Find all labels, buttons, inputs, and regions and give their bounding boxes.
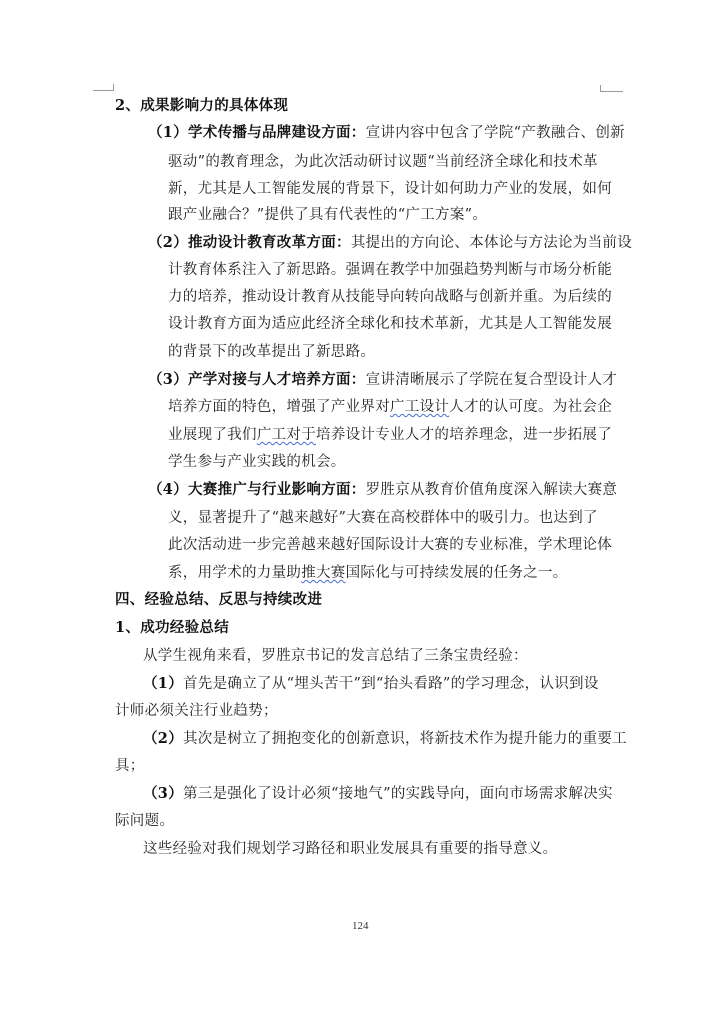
item-label: （4） xyxy=(148,481,188,499)
item-text: 计教育体系注入了新思路。强调在教学中加强趋势判断与市场分析能 xyxy=(168,261,612,279)
item-text: 培养设计专业人才的培养理念，进一步拓展了 xyxy=(316,427,612,443)
item-text: 此次活动进一步完善越来越好国际设计大赛的专业标准，学术理论体 xyxy=(168,536,612,554)
point-text: 第三是强化了设计必须“接地气”的实践导向，面向市场需求解决实 xyxy=(183,786,613,802)
list-item-first-line: 推动设计教育改革方面：其提出的方向论、本体论与方法论为当前设 xyxy=(188,234,632,252)
spellcheck-underlined-text: 广工设计 xyxy=(390,399,449,415)
margin-corner-mark-left xyxy=(93,84,114,91)
section-heading: 2、成果影响力的具体体现 xyxy=(115,97,288,115)
list-item-first-line: 大赛推广与行业影响方面：罗胜京从教育价值角度深入解读大赛意 xyxy=(188,481,617,499)
list-item-first-line: 产学对接与人才培养方面：宣讲清晰展示了学院在复合型设计人才 xyxy=(188,371,617,389)
item-text: 设计教育方面为适应此经济全球化和技术革新，尤其是人工智能发展 xyxy=(168,315,612,333)
paragraph: 从学生视角来看，罗胜京书记的发言总结了三条宝贵经验： xyxy=(143,647,528,665)
item-text: 学生参与产业实践的机会。 xyxy=(168,453,346,471)
item-title: 产学对接与人才培养方面： xyxy=(188,371,366,388)
spellcheck-underlined-text: 广工对于 xyxy=(257,427,316,443)
sub-heading: 1、成功经验总结 xyxy=(115,619,229,637)
item-text: 宣讲内容中包含了学院“产教融合、创新 xyxy=(366,125,625,141)
item-text: 培养方面的特色，增强了产业界对 xyxy=(168,399,390,415)
paragraph: 这些经验对我们规划学习路径和职业发展具有重要的指导意义。 xyxy=(143,840,557,858)
item-text: 罗胜京从教育价值角度深入解读大赛意 xyxy=(366,482,618,498)
point-label: （2） xyxy=(143,730,183,747)
list-item-first-line: 学术传播与品牌建设方面：宣讲内容中包含了学院“产教融合、创新 xyxy=(188,124,625,142)
point-label: （3） xyxy=(143,785,183,802)
document-page: 2、成果影响力的具体体现 （1） 学术传播与品牌建设方面：宣讲内容中包含了学院“… xyxy=(0,0,724,1024)
item-label: （2） xyxy=(148,234,188,252)
item-text-line: 系，用学术的力量助推大赛国际化与可持续发展的任务之一。 xyxy=(168,564,568,582)
item-text-line: 培养方面的特色，增强了产业界对广工设计人才的认可度。为社会企 xyxy=(168,398,612,416)
point-text: 其次是树立了拥抱变化的创新意识，将新技术作为提升能力的重要工 xyxy=(183,731,627,747)
item-text: 系，用学术的力量助 xyxy=(168,565,301,581)
point-text: 首先是确立了从“埋头苦干”到“抬头看路”的学习理念，认识到设 xyxy=(183,676,599,692)
margin-corner-mark-right xyxy=(600,85,623,92)
item-title: 推动设计教育改革方面： xyxy=(188,234,351,251)
point-first-line: （3）第三是强化了设计必须“接地气”的实践导向，面向市场需求解决实 xyxy=(143,785,613,803)
item-text: 人才的认可度。为社会企 xyxy=(449,399,612,415)
point-first-line: （2）其次是树立了拥抱变化的创新意识，将新技术作为提升能力的重要工 xyxy=(143,730,627,748)
item-text: 新，尤其是人工智能发展的背景下，设计如何助力产业的发展，如何 xyxy=(168,180,612,198)
item-title: 大赛推广与行业影响方面： xyxy=(188,481,366,498)
point-text: 际问题。 xyxy=(115,812,174,830)
item-text: 国际化与可持续发展的任务之一。 xyxy=(346,565,568,581)
spellcheck-underlined-text: 推大赛 xyxy=(301,565,345,581)
item-text: 的背景下的改革提出了新思路。 xyxy=(168,343,375,361)
point-first-line: （1）首先是确立了从“埋头苦干”到“抬头看路”的学习理念，认识到设 xyxy=(143,675,599,693)
item-text: 跟产业融合？”提供了具有代表性的“广工方案”。 xyxy=(168,206,487,224)
item-text: 业展现了我们 xyxy=(168,427,257,443)
page-number: 124 xyxy=(352,920,369,932)
item-text: 力的培养，推动设计教育从技能导向转向战略与创新并重。为后续的 xyxy=(168,288,612,306)
point-label: （1） xyxy=(143,675,183,692)
item-text: 义，显著提升了“越来越好”大赛在高校群体中的吸引力。也达到了 xyxy=(168,509,598,527)
item-text-line: 业展现了我们广工对于培养设计专业人才的培养理念，进一步拓展了 xyxy=(168,426,612,444)
item-title: 学术传播与品牌建设方面： xyxy=(188,124,366,141)
section-heading: 四、经验总结、反思与持续改进 xyxy=(115,591,322,609)
point-text: 计师必须关注行业趋势； xyxy=(115,702,278,720)
item-label: （1） xyxy=(148,124,188,142)
item-text: 宣讲清晰展示了学院在复合型设计人才 xyxy=(366,372,618,388)
item-text: 其提出的方向论、本体论与方法论为当前设 xyxy=(351,235,632,251)
point-text: 具； xyxy=(115,757,145,775)
item-label: （3） xyxy=(148,371,188,389)
item-text: 驱动”的教育理念，为此次活动研讨议题“当前经济全球化和技术革 xyxy=(168,153,598,171)
